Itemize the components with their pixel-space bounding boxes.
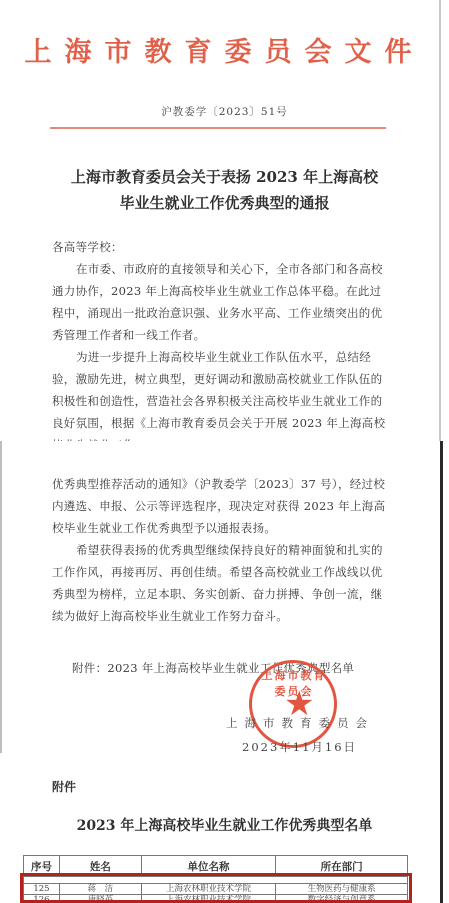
page-edge-left [0,441,2,753]
attachment-label: 附件 [52,778,76,795]
document-number: 沪教委学〔2023〕51号 [0,104,449,119]
notice-title-line1: 上海市教育委员会关于表扬 2023 年上海高校 [0,166,449,187]
attachment-title: 2023 年上海高校毕业生就业工作优秀典型名单 [0,815,449,835]
paragraph-2: 为进一步提升上海高校毕业生就业工作队伍水平，总结经验，激励先进，树立典型，更好调… [52,346,387,456]
signature-organization: 上海市教育委员会 [226,715,374,731]
issuer-banner: 上海市教育委员会文件 [0,30,449,69]
paragraph-1: 在市委、市政府的直接领导和关心下，全市各部门和各高校通力协作，2023 年上海高… [52,258,387,346]
highlight-box [20,873,412,903]
notice-title-line2: 毕业生就业工作优秀典型的通报 [0,192,449,213]
page-edge-dark [440,441,443,753]
paragraph-3: 希望获得表扬的优秀典型继续保持良好的精神面貌和扎实的工作作风，再接再厉、再创佳绩… [52,539,387,627]
paragraph-2-continued: 优秀典型推荐活动的通知》（沪教委学〔2023〕37 号），经过校内遴选、申报、公… [52,473,387,539]
document-page-1: 上海市教育委员会文件 沪教委学〔2023〕51号 上海市教育委员会关于表扬 20… [0,0,449,441]
official-seal: 上海市教育委员会 ★ [249,660,337,748]
salutation: 各高等学校： [52,236,387,258]
red-divider [50,127,386,129]
